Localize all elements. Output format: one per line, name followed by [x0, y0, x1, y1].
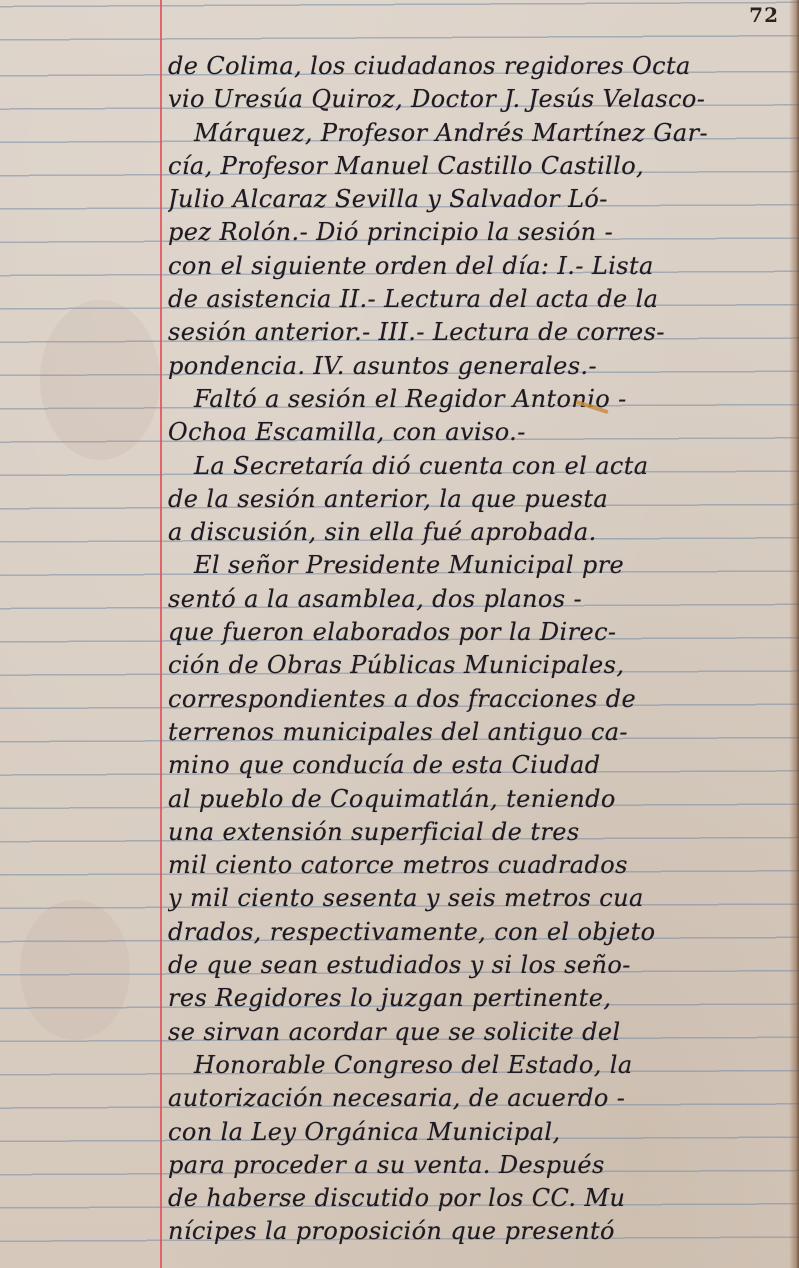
handwritten-line: Faltó a sesión el Regidor Antonio -: [168, 383, 790, 416]
handwritten-minutes: de Colima, los ciudadanos regidores Octa…: [168, 50, 790, 1249]
handwritten-line: de asistencia II.- Lectura del acta de l…: [168, 283, 790, 316]
paper-stain: [40, 300, 160, 460]
handwritten-line: pondencia. IV. asuntos generales.-: [168, 350, 790, 383]
handwritten-line: de haberse discutido por los CC. Mu: [168, 1182, 790, 1215]
handwritten-line: El señor Presidente Municipal pre: [168, 549, 790, 582]
handwritten-line: pez Rolón.- Dió principio la sesión -: [168, 216, 790, 249]
handwritten-line: mino que conducía de esta Ciudad: [168, 749, 790, 782]
handwritten-line: mil ciento catorce metros cuadrados: [168, 849, 790, 882]
handwritten-line: sentó a la asamblea, dos planos -: [168, 583, 790, 616]
handwritten-line: de la sesión anterior, la que puesta: [168, 483, 790, 516]
handwritten-line: terrenos municipales del antiguo ca-: [168, 716, 790, 749]
handwritten-line: cía, Profesor Manuel Castillo Castillo,: [168, 150, 790, 183]
handwritten-line: Julio Alcaraz Sevilla y Salvador Ló-: [168, 183, 790, 216]
handwritten-line: se sirvan acordar que se solicite del: [168, 1016, 790, 1049]
handwritten-line: para proceder a su venta. Después: [168, 1149, 790, 1182]
handwritten-line: que fueron elaborados por la Direc-: [168, 616, 790, 649]
handwritten-line: autorización necesaria, de acuerdo -: [168, 1082, 790, 1115]
page-number: 72: [749, 3, 779, 27]
handwritten-line: sesión anterior.- III.- Lectura de corre…: [168, 316, 790, 349]
red-margin-line: [160, 0, 162, 1268]
handwritten-line: una extensión superficial de tres: [168, 816, 790, 849]
handwritten-line: de que sean estudiados y si los seño-: [168, 949, 790, 982]
ledger-page: 72 de Colima, los ciudadanos regidores O…: [0, 0, 799, 1268]
handwritten-line: La Secretaría dió cuenta con el acta: [168, 450, 790, 483]
handwritten-line: y mil ciento sesenta y seis metros cua: [168, 882, 790, 915]
handwritten-line: al pueblo de Coquimatlán, teniendo: [168, 783, 790, 816]
handwritten-line: ción de Obras Públicas Municipales,: [168, 649, 790, 682]
handwritten-line: nícipes la proposición que presentó: [168, 1215, 790, 1248]
handwritten-line: de Colima, los ciudadanos regidores Octa: [168, 50, 790, 83]
handwritten-line: correspondientes a dos fracciones de: [168, 683, 790, 716]
handwritten-line: con la Ley Orgánica Municipal,: [168, 1116, 790, 1149]
handwritten-line: Ochoa Escamilla, con aviso.-: [168, 416, 790, 449]
handwritten-line: con el siguiente orden del día: I.- List…: [168, 250, 790, 283]
handwritten-line: a discusión, sin ella fué aprobada.: [168, 516, 790, 549]
handwritten-line: vio Uresúa Quiroz, Doctor J. Jesús Velas…: [168, 83, 790, 116]
paper-stain: [20, 900, 130, 1040]
handwritten-line: res Regidores lo juzgan pertinente,: [168, 982, 790, 1015]
handwritten-line: Márquez, Profesor Andrés Martínez Gar-: [168, 117, 790, 150]
page-edge: [789, 0, 799, 1268]
handwritten-line: drados, respectivamente, con el objeto: [168, 916, 790, 949]
handwritten-line: Honorable Congreso del Estado, la: [168, 1049, 790, 1082]
